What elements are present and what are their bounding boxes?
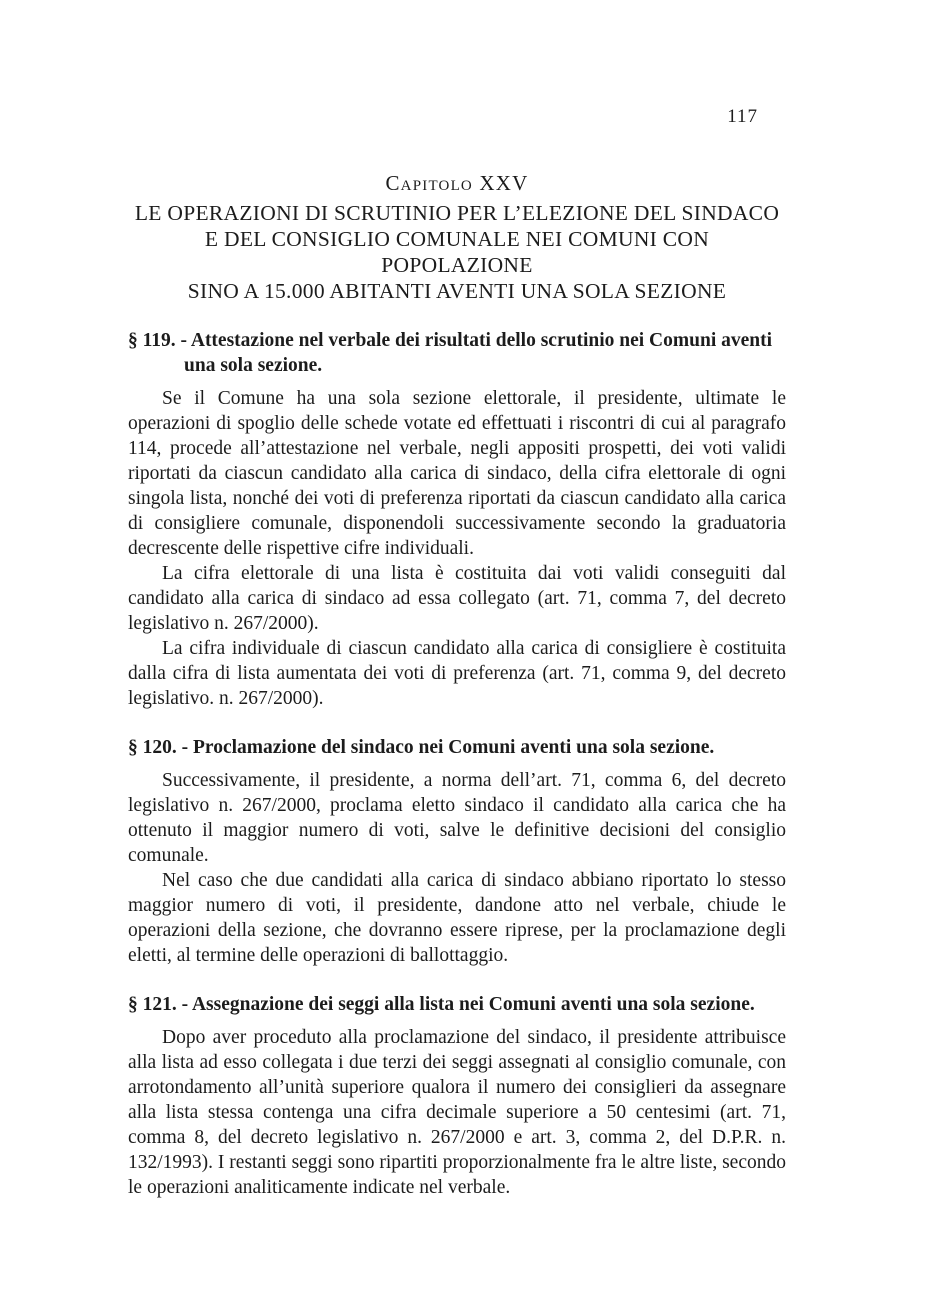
chapter-label: Capitolo XXV	[128, 171, 786, 196]
section-marker: § 120. -	[128, 737, 188, 758]
section-heading: § 120. - Proclamazione del sindaco nei C…	[128, 735, 786, 760]
chapter-title-line: SINO A 15.000 ABITANTI AVENTI UNA SOLA S…	[128, 278, 786, 304]
paragraph: Successivamente, il presidente, a norma …	[128, 768, 786, 868]
document-page: 117 Capitolo XXV LE OPERAZIONI DI SCRUTI…	[0, 0, 933, 1299]
section-heading-text: Proclamazione del sindaco nei Comuni ave…	[193, 737, 714, 758]
section-120: § 120. - Proclamazione del sindaco nei C…	[128, 735, 786, 968]
section-119: § 119. - Attestazione nel verbale dei ri…	[128, 328, 786, 711]
section-heading-text: Assegnazione dei seggi alla lista nei Co…	[192, 994, 755, 1015]
chapter-title-line: E DEL CONSIGLIO COMUNALE NEI COMUNI CON …	[128, 226, 786, 278]
section-heading-text: Attestazione nel verbale dei risultati d…	[184, 330, 772, 376]
section-121: § 121. - Assegnazione dei seggi alla lis…	[128, 992, 786, 1200]
paragraph: Dopo aver proceduto alla proclamazione d…	[128, 1025, 786, 1200]
chapter-title: LE OPERAZIONI DI SCRUTINIO PER L’ELEZION…	[128, 200, 786, 304]
section-marker: § 121. -	[128, 994, 188, 1015]
section-heading: § 119. - Attestazione nel verbale dei ri…	[128, 328, 786, 378]
paragraph: Nel caso che due candidati alla carica d…	[128, 868, 786, 968]
paragraph: Se il Comune ha una sola sezione elettor…	[128, 386, 786, 561]
section-heading: § 121. - Assegnazione dei seggi alla lis…	[128, 992, 786, 1017]
paragraph: La cifra individuale di ciascun candidat…	[128, 636, 786, 711]
page-content: 117 Capitolo XXV LE OPERAZIONI DI SCRUTI…	[128, 0, 786, 1200]
chapter-title-line: LE OPERAZIONI DI SCRUTINIO PER L’ELEZION…	[128, 200, 786, 226]
page-number: 117	[128, 104, 786, 129]
paragraph: La cifra elettorale di una lista è costi…	[128, 561, 786, 636]
section-marker: § 119. -	[128, 330, 187, 351]
